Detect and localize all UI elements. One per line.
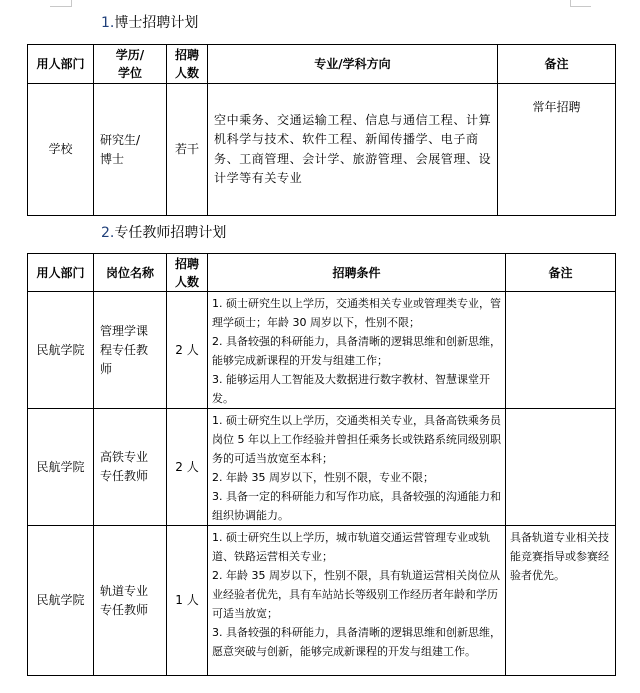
cell-position-line1: 轨道专业 (100, 582, 166, 601)
header-position: 岗位名称 (94, 254, 167, 292)
cell-dept: 民航学院 (28, 526, 94, 676)
table-row: 学校 研究生/ 博士 若干 空中乘务、交通运输工程、信息与通信工程、计算机科学与… (28, 84, 616, 216)
cell-position: 管理学课 程专任教 师 (94, 292, 167, 409)
cell-dept: 民航学院 (28, 292, 94, 409)
cell-remark: 常年招聘 (498, 84, 616, 216)
page-corner-mark-left (50, 0, 72, 7)
cell-position-line2: 专任教师 (100, 467, 166, 486)
section2-title-text: 专任教师招聘计划 (114, 225, 226, 241)
header-count-line1: 招聘 (167, 255, 207, 273)
cell-remark (506, 409, 616, 526)
header-remark: 备注 (506, 254, 616, 292)
phd-recruitment-table: 用人部门 学历/ 学位 招聘 人数 专业/学科方向 备注 学校 研究生/ 博士 … (27, 44, 616, 216)
condition-item: 3. 具备一定的科研能力和写作功底，具备较强的沟通能力和组织协调能力。 (212, 487, 501, 525)
condition-item: 1. 硕士研究生以上学历，交通类相关专业，具备高铁乘务员岗位 5 年以上工作经验… (212, 411, 501, 468)
cell-conditions: 1. 硕士研究生以上学历，交通类相关专业或管理类专业，管理学硕士；年龄 30 周… (208, 292, 506, 409)
header-degree-line1: 学历/ (94, 46, 166, 64)
section1-number: 1. (101, 15, 114, 31)
condition-item: 2. 年龄 35 周岁以下，性别不限，专业不限； (212, 468, 501, 487)
section1-title: 1.博士招聘计划 (101, 14, 198, 32)
header-count: 招聘 人数 (167, 45, 208, 84)
condition-item: 3. 能够运用人工智能及大数据进行数字教材、智慧课堂开发。 (212, 370, 501, 408)
cell-count: 若干 (167, 84, 208, 216)
cell-position-line3: 师 (100, 360, 166, 379)
cell-degree-line2: 博士 (100, 150, 166, 169)
cell-count: 2 人 (167, 409, 208, 526)
teacher-recruitment-table: 用人部门 岗位名称 招聘 人数 招聘条件 备注 民航学院 管理学课 程专任教 师… (27, 253, 616, 676)
header-dept: 用人部门 (28, 45, 94, 84)
cell-degree-line1: 研究生/ (100, 131, 166, 150)
section2-title: 2.专任教师招聘计划 (101, 224, 226, 242)
header-remark: 备注 (498, 45, 616, 84)
cell-position-line2: 程专任教 (100, 341, 166, 360)
header-count-line1: 招聘 (167, 46, 207, 64)
header-degree-line2: 学位 (94, 64, 166, 82)
table-row: 民航学院 高铁专业 专任教师 2 人 1. 硕士研究生以上学历，交通类相关专业，… (28, 409, 616, 526)
cell-position: 高铁专业 专任教师 (94, 409, 167, 526)
table-header-row: 用人部门 学历/ 学位 招聘 人数 专业/学科方向 备注 (28, 45, 616, 84)
cell-remark (506, 292, 616, 409)
condition-item: 2. 年龄 35 周岁以下，性别不限，具有轨道运营相关岗位从业经验者优先，具有车… (212, 566, 501, 623)
cell-conditions: 1. 硕士研究生以上学历，交通类相关专业，具备高铁乘务员岗位 5 年以上工作经验… (208, 409, 506, 526)
cell-position-line2: 专任教师 (100, 601, 166, 620)
section2-number: 2. (101, 225, 114, 241)
cell-degree: 研究生/ 博士 (94, 84, 167, 216)
page-corner-mark-right (570, 0, 591, 7)
header-degree: 学历/ 学位 (94, 45, 167, 84)
condition-item: 1. 硕士研究生以上学历，交通类相关专业或管理类专业，管理学硕士；年龄 30 周… (212, 294, 501, 332)
header-conditions: 招聘条件 (208, 254, 506, 292)
header-count: 招聘 人数 (167, 254, 208, 292)
cell-conditions: 1. 硕士研究生以上学历，城市轨道交通运营管理专业或轨道、铁路运营相关专业； 2… (208, 526, 506, 676)
cell-dept: 民航学院 (28, 409, 94, 526)
cell-count: 1 人 (167, 526, 208, 676)
header-count-line2: 人数 (167, 273, 207, 291)
condition-item: 3. 具备较强的科研能力，具备清晰的逻辑思维和创新思维，愿意突破与创新，能够完成… (212, 623, 501, 661)
table-header-row: 用人部门 岗位名称 招聘 人数 招聘条件 备注 (28, 254, 616, 292)
header-dept: 用人部门 (28, 254, 94, 292)
condition-item: 1. 硕士研究生以上学历，城市轨道交通运营管理专业或轨道、铁路运营相关专业； (212, 528, 501, 566)
cell-position-line1: 管理学课 (100, 322, 166, 341)
condition-item: 2. 具备较强的科研能力，具备清晰的逻辑思维和创新思维，能够完成新课程的开发与组… (212, 332, 501, 370)
cell-major: 空中乘务、交通运输工程、信息与通信工程、计算机科学与技术、软件工程、新闻传播学、… (208, 84, 498, 216)
cell-remark: 具备轨道专业相关技能竞赛指导或参赛经验者优先。 (506, 526, 616, 676)
header-major: 专业/学科方向 (208, 45, 498, 84)
cell-count: 2 人 (167, 292, 208, 409)
cell-position-line1: 高铁专业 (100, 448, 166, 467)
cell-dept: 学校 (28, 84, 94, 216)
table-row: 民航学院 轨道专业 专任教师 1 人 1. 硕士研究生以上学历，城市轨道交通运营… (28, 526, 616, 676)
section1-title-text: 博士招聘计划 (114, 15, 198, 31)
cell-position: 轨道专业 专任教师 (94, 526, 167, 676)
header-count-line2: 人数 (167, 64, 207, 82)
table-row: 民航学院 管理学课 程专任教 师 2 人 1. 硕士研究生以上学历，交通类相关专… (28, 292, 616, 409)
